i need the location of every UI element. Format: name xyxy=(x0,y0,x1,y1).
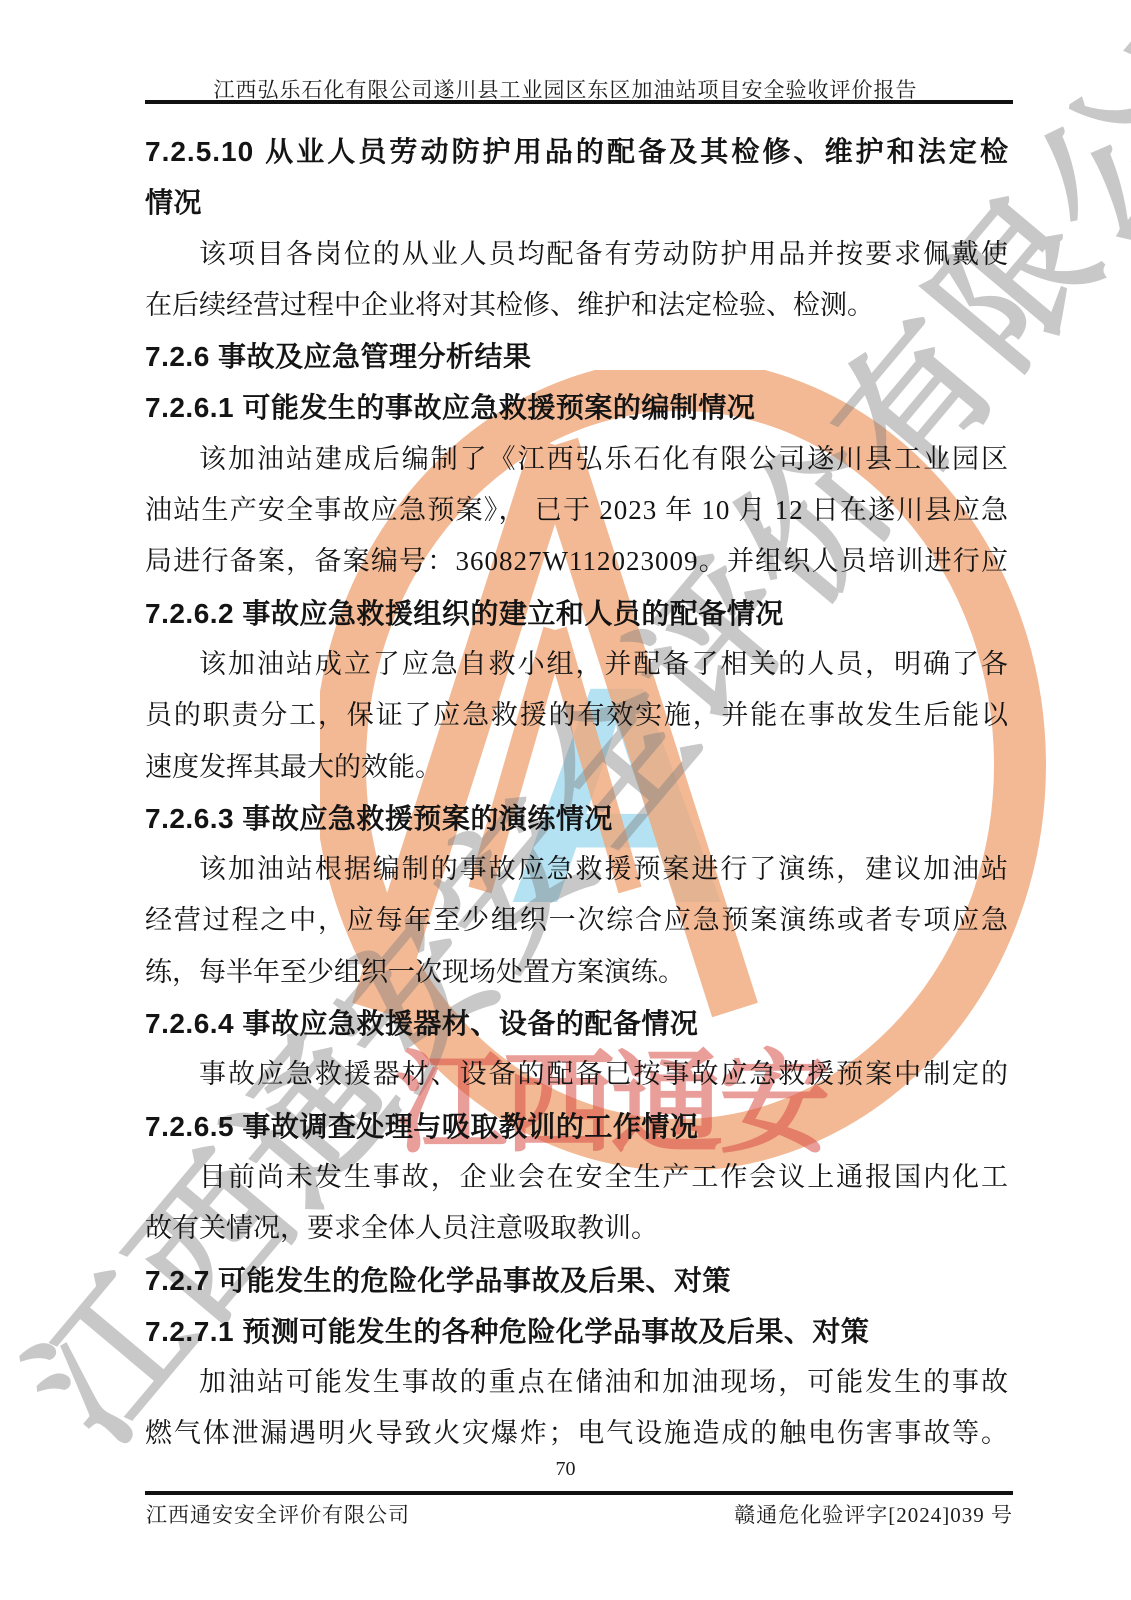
page-number: 70 xyxy=(0,1458,1131,1481)
section-heading: 7.2.6.4 事故应急救援器材、设备的配备情况 xyxy=(145,998,1009,1049)
body-line: 经营过程之中，应每年至少组织一次综合应急预案演练或者专项应急预案演 xyxy=(145,895,1009,946)
text-layer: 江西弘乐石化有限公司遂川县工业园区东区加油站项目安全验收评价报告 7.2.5.1… xyxy=(0,0,1131,1600)
section-heading: 7.2.7 可能发生的危险化学品事故及后果、对策 xyxy=(145,1255,1009,1306)
footer-rule xyxy=(145,1491,1013,1495)
footer-doc-number: 赣通危化验评字[2024]039 号 xyxy=(734,1499,1013,1529)
body-line: 目前尚未发生事故，企业会在安全生产工作会议上通报国内化工行业事 xyxy=(145,1152,1009,1203)
report-page: A 江西通安安全评价有限公司 江西通安 江西弘乐石化有限公司遂川县工业园区东区加… xyxy=(0,0,1131,1600)
section-heading: 7.2.6 事故及应急管理分析结果 xyxy=(145,331,1009,382)
footer-company-name: 江西通安安全评价有限公司 xyxy=(146,1499,410,1529)
body-line: 该加油站根据编制的事故应急救援预案进行了演练，建议加油站在后续 xyxy=(145,844,1009,895)
body-line: 速度发挥其最大的效能。 xyxy=(145,742,1009,793)
body-line: 该加油站成立了应急自救小组，并配备了相关的人员，明确了各相关人 xyxy=(145,639,1009,690)
document-body: 7.2.5.10 从业人员劳动防护用品的配备及其检修、维护和法定检验、检测 情况… xyxy=(145,126,1009,1460)
section-heading: 7.2.5.10 从业人员劳动防护用品的配备及其检修、维护和法定检验、检测 xyxy=(145,126,1009,177)
section-heading: 情况 xyxy=(145,177,1009,228)
body-line: 燃气体泄漏遇明火导致火灾爆炸；电气设施造成的触电伤害事故等。此类事 xyxy=(145,1408,1009,1459)
section-heading: 7.2.6.1 可能发生的事故应急救援预案的编制情况 xyxy=(145,382,1009,433)
section-heading: 7.2.6.3 事故应急救援预案的演练情况 xyxy=(145,793,1009,844)
body-line: 事故应急救援器材、设备的配备已按事故应急救援预案中制定的落实。 xyxy=(145,1049,1009,1100)
section-heading: 7.2.6.5 事故调查处理与吸取教训的工作情况 xyxy=(145,1101,1009,1152)
header-rule xyxy=(145,100,1013,104)
body-line: 局进行备案，备案编号：360827W112023009。并组织人员培训进行应急演… xyxy=(145,536,1009,587)
body-line: 在后续经营过程中企业将对其检修、维护和法定检验、检测。 xyxy=(145,280,1009,331)
section-heading: 7.2.6.2 事故应急救援组织的建立和人员的配备情况 xyxy=(145,588,1009,639)
body-line: 该项目各岗位的从业人员均配备有劳动防护用品并按要求佩戴使用，并 xyxy=(145,229,1009,280)
section-heading: 7.2.7.1 预测可能发生的各种危险化学品事故及后果、对策 xyxy=(145,1306,1009,1357)
body-line: 该加油站建成后编制了《江西弘乐石化有限公司遂川县工业园区东区加 xyxy=(145,434,1009,485)
body-line: 故有关情况，要求全体人员注意吸取教训。 xyxy=(145,1203,1009,1254)
body-line: 员的职责分工，保证了应急救援的有效实施，并能在事故发生后能以较快的 xyxy=(145,690,1009,741)
body-line: 油站生产安全事故应急预案》， 已于 2023 年 10 月 12 日在遂川县应急… xyxy=(145,485,1009,536)
body-line: 加油站可能发生事故的重点在储油和加油现场，可能发生的事故有：易 xyxy=(145,1357,1009,1408)
body-line: 练，每半年至少组织一次现场处置方案演练。 xyxy=(145,947,1009,998)
